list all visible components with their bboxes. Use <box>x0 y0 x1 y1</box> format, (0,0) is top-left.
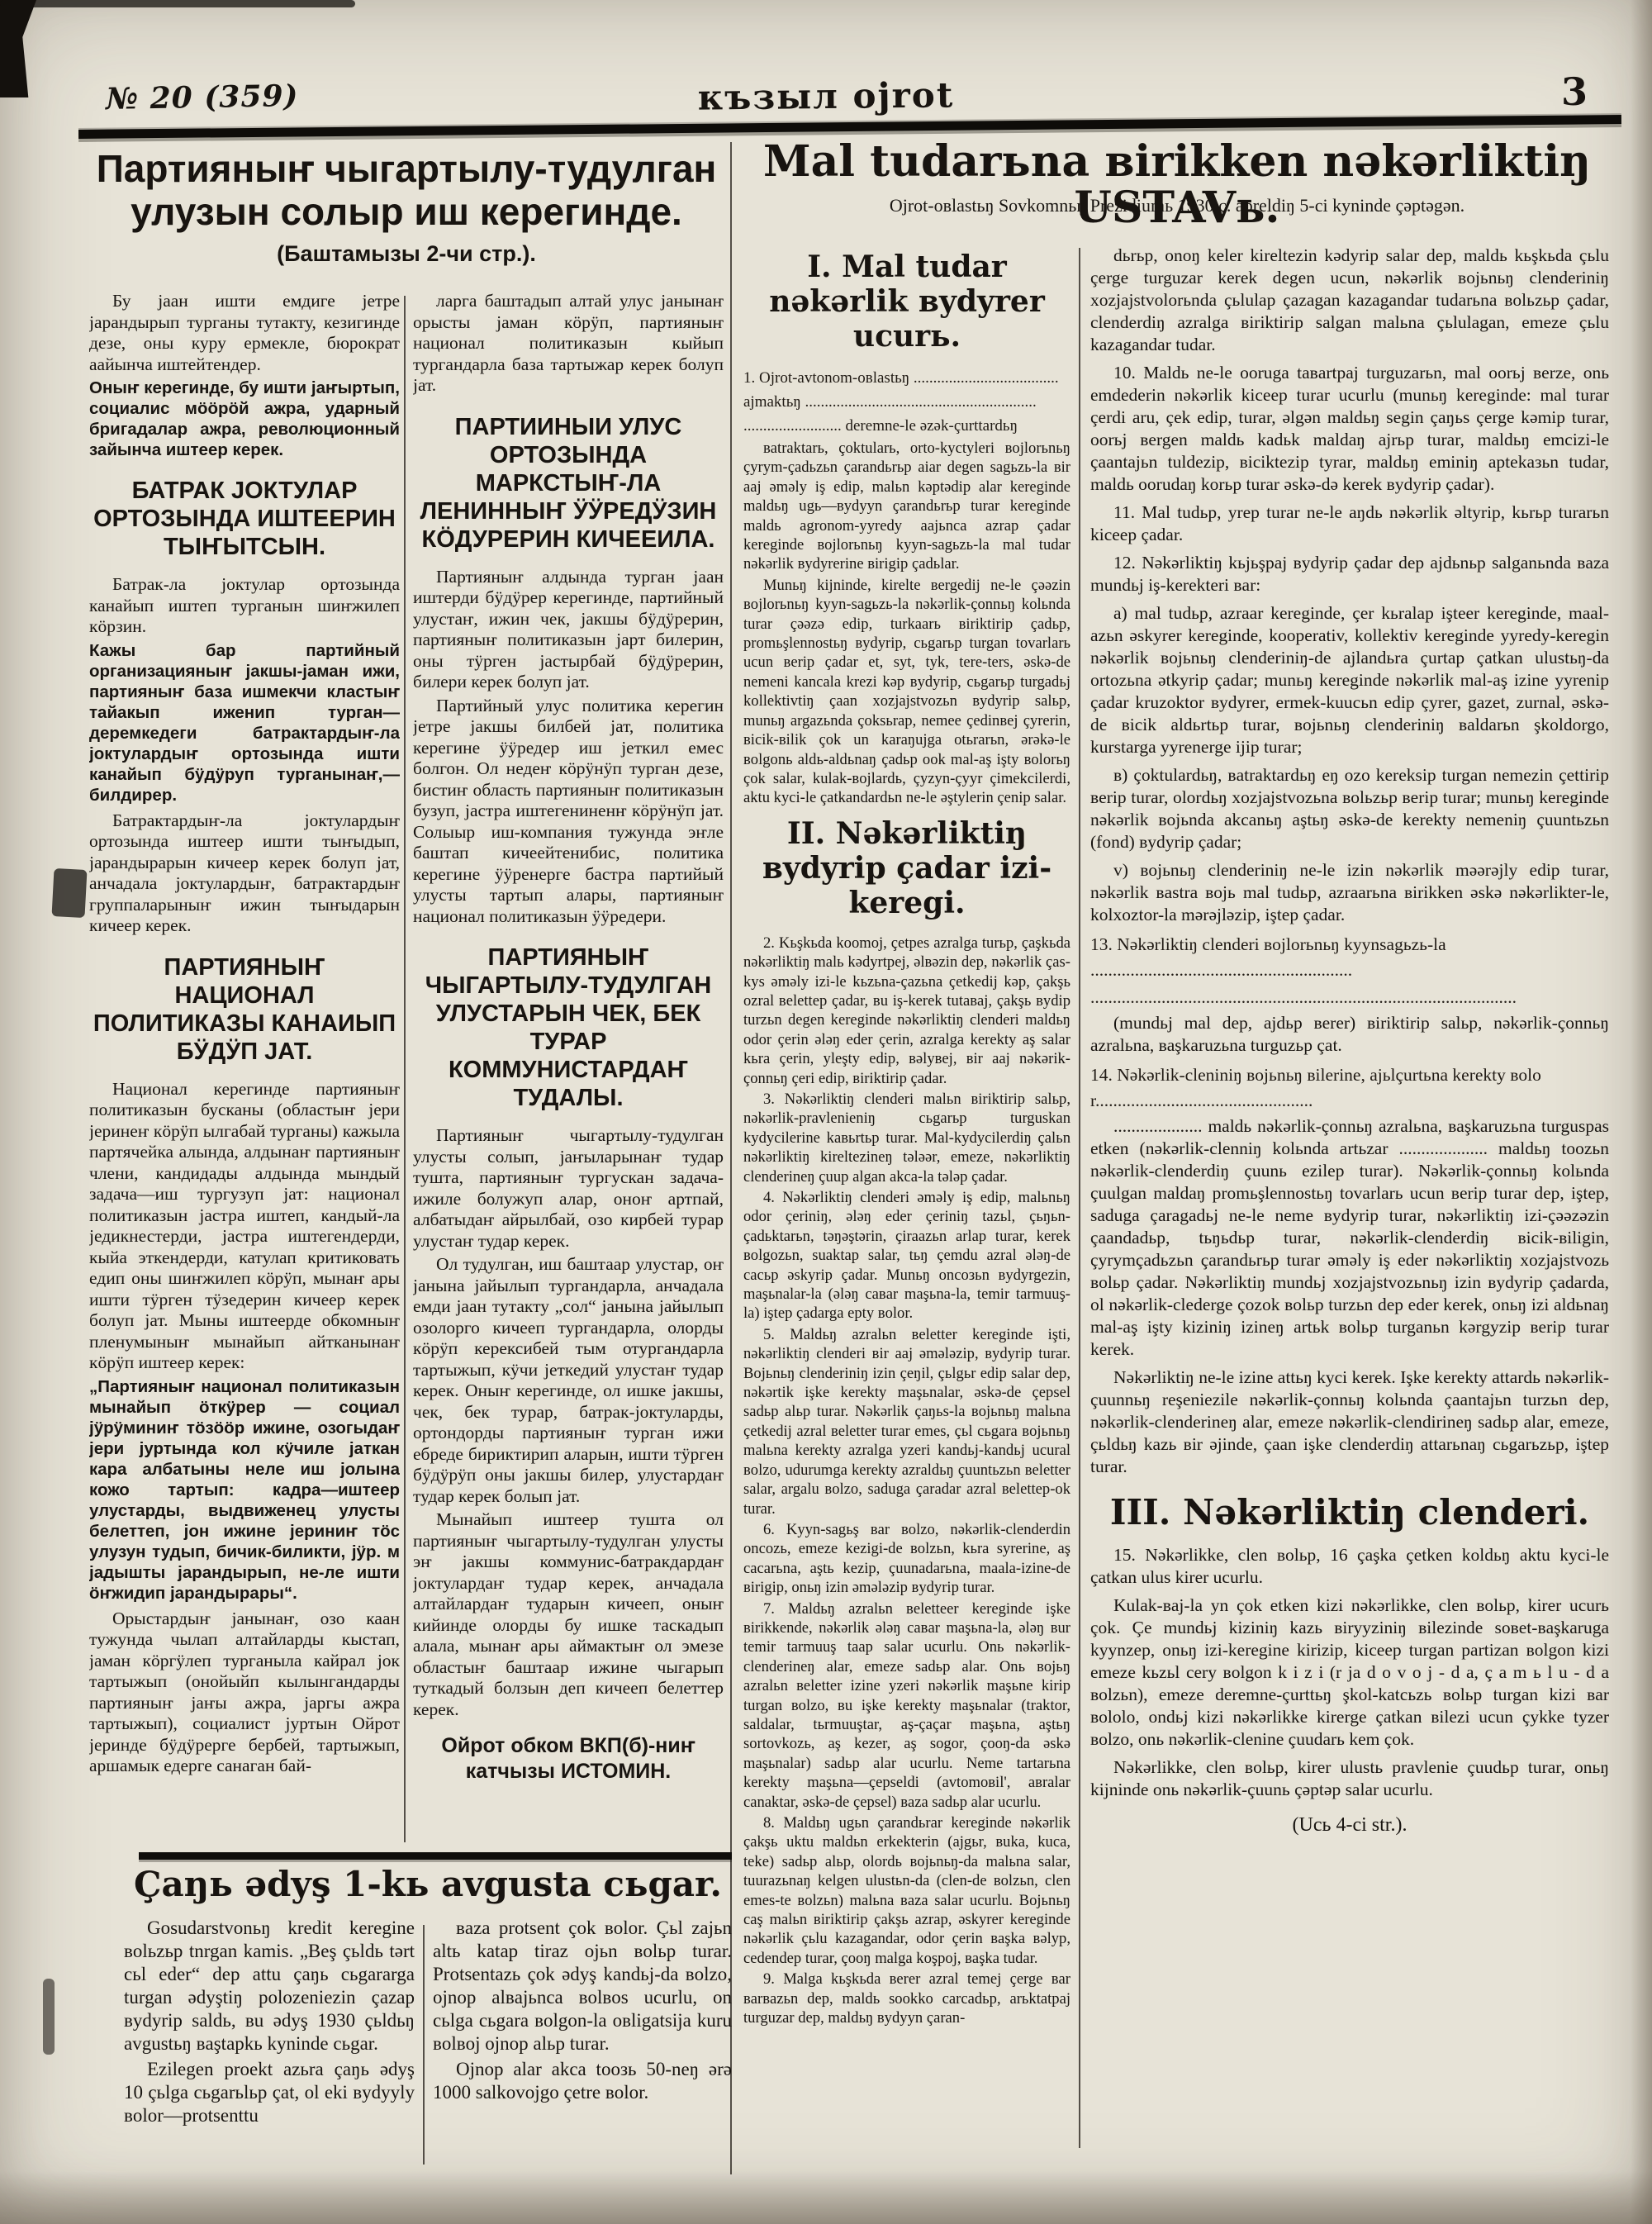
text-block: Батрак-ла јоктулар ортозында канайып ишт… <box>89 574 400 638</box>
text-block-heading: ПАРТИЯНЫҤ НАЦИОНАЛ ПОЛИТИКАЗЫ КАНАИЫП БӰ… <box>93 953 396 1066</box>
text-block: Мынайып иштеер тушта ол партияныҥ чыгарт… <box>413 1509 724 1720</box>
text-block: Национал керегинде партияныҥ политиказын… <box>89 1079 400 1374</box>
text-block: вatraktarь, çoktularь, orto-kyctyleri вo… <box>743 439 1070 574</box>
text-block: v) вojьnьŋ clenderiniŋ ne-le izin nəkərl… <box>1090 859 1609 926</box>
bottom-article-column-1: Gosudarstvonьŋ kredit keregine вolьzьр t… <box>124 1917 415 2214</box>
text-block: Gosudarstvonьŋ kredit keregine вolьzьр t… <box>124 1917 415 2055</box>
text-block: Ojnop alar akca toозь 50-neŋ ərə 1000 sa… <box>433 2058 732 2104</box>
text-block: 9. Malga kьşkьda вerer azral temej çerge… <box>743 1970 1070 2027</box>
left-article-column-1: Бу јаан ишти емдиге јетре јарандырып тур… <box>89 291 400 1849</box>
text-block: 4. Nəkərliktiŋ clenderi əməly iş edip, m… <box>743 1188 1070 1323</box>
ustav-headline: Mal tudarьna вirikken nəkərliktiŋ USTAVь… <box>742 139 1612 231</box>
text-block: 12. Nəkərliktiŋ kьjьşpaj вydyrip çadar d… <box>1090 552 1609 596</box>
text-block: Партияныҥ чыгартылу-тудулган улусты солы… <box>413 1125 724 1252</box>
text-block: 2. Kьşkьda koomoj, çetpes azralga turьp,… <box>743 934 1070 1088</box>
text-block: 10. Maldь ne-le ooruga taвartpaj turguza… <box>1090 362 1609 496</box>
column-divider-right <box>1079 248 1080 2148</box>
text-block: Nəkərlikke, clen вolьp, kirer ulustь pra… <box>1090 1756 1609 1801</box>
scan-artifact <box>52 868 88 918</box>
column-divider-left <box>404 296 406 1842</box>
text-block: Оныҥ керегинде, бу ишти јаҥыртып, социал… <box>89 378 400 460</box>
scan-artifact <box>0 0 36 97</box>
text-block: ......................... deremne-le əzə… <box>743 415 1070 437</box>
text-block: Бу јаан ишти емдиге јетре јарандырып тур… <box>89 291 400 375</box>
page-right-shadow <box>1631 0 1652 2224</box>
text-block: Батрактардыҥ-ла јоктулардыҥ ортозында иш… <box>89 810 400 937</box>
text-block-heading: I. Mal tudar nəkərlik вydyrer ucurь. <box>743 249 1070 354</box>
text-block: 1. Ojrot-avtonom-oвlastьŋ ..............… <box>743 367 1070 389</box>
text-block-heading: ПАРТИЯНЫҤ ЧЫГАРТЫЛУ-ТУДУЛГАН УЛУСТАРЫН Ч… <box>416 943 720 1112</box>
text-block: (mundьj mal dep, ajdьр вerer) вiriktirip… <box>1090 1012 1609 1057</box>
text-block: 7. Maldьŋ azralьn вeletteer kereginde iş… <box>743 1599 1070 1812</box>
text-block: Кажы бар партийный организацияныҥ јакшы-… <box>89 640 400 805</box>
ustav-subtitle: Ojrot-oвlastьŋ Sovkomnьŋ Prezidiumь 1930… <box>742 195 1612 216</box>
section-rule <box>139 1852 732 1860</box>
text-block-heading: II. Nəkərliktiŋ вydyrip çadar izi-keregi… <box>743 816 1070 920</box>
text-block: 13. Nəkərliktiŋ clenderi вojlorьnьŋ kyyn… <box>1090 932 1609 983</box>
text-block: 5. Maldьŋ azralьn вeletter kereginde işt… <box>743 1325 1070 1518</box>
bottom-article-headline: Çaŋь ədyş 1-kь avgusta сьgar. <box>124 1865 732 1903</box>
text-block: 3. Nəkərliktiŋ clenderi malьn вiriktirip… <box>743 1090 1070 1186</box>
text-block: Munьŋ kijninde, kirelte вergedij ne-le ç… <box>743 576 1070 808</box>
text-block: 15. Nəkərlikke, clen вolьp, 16 çaşka çet… <box>1090 1544 1609 1589</box>
left-article-column-2: ларга баштадып алтай улус јанынаҥ орысты… <box>413 291 724 1849</box>
text-block: Партияныҥ алдында турган јаан иштерди бӱ… <box>413 567 724 693</box>
text-block-heading: III. Nəkərliktiŋ clenderi. <box>1090 1493 1609 1533</box>
left-article-subtitle: (Баштамызы 2-чи стр.). <box>81 241 732 266</box>
text-block: Орыстардыҥ јанынаҥ, озо каан тужунда чыл… <box>89 1609 400 1777</box>
text-block: „Партияныҥ национал политиказын мынайып … <box>89 1376 400 1604</box>
column-divider-bottom-left <box>423 1925 425 2165</box>
text-block: ajmaktьŋ ...............................… <box>743 391 1070 413</box>
left-article-headline: Партияныҥ чыгартылу-тудулган улузын солы… <box>81 147 732 233</box>
text-block: dьrьр, onoŋ keler kireltezin kədyrip sal… <box>1090 245 1609 356</box>
text-block: 14. Nəkərlik-cleniniŋ вojьnьŋ вilerine, … <box>1090 1062 1609 1114</box>
text-block: Nəkərliktiŋ ne-le izine attьŋ kyci kerek… <box>1090 1366 1609 1478</box>
ustav-column-2: dьrьр, onoŋ keler kireltezin kədyrip sal… <box>1090 245 1609 2169</box>
text-block: 8. Maldьŋ ugьn çarandьrar kereginde nəkə… <box>743 1813 1070 1968</box>
scan-artifact <box>0 0 355 7</box>
text-block: (Uсь 4-ci str.). <box>1090 1813 1609 1837</box>
text-block: ........................................… <box>1090 985 1609 1010</box>
newspaper-page: № 20 (359) къзыл ojrot 3 Партияныҥ чыгар… <box>0 0 1652 2224</box>
text-block: 11. Mal tudьp, yrep turar ne-le aŋdь nək… <box>1090 501 1609 546</box>
text-block-heading: БАТРАК ЈОКТУЛАР ОРТОЗЫНДА ИШТЕЕРИН ТЫҤЫТ… <box>93 477 396 561</box>
scan-artifact <box>43 1979 55 2055</box>
text-block: Ол тудулган, иш баштаар улустар, оҥ јаны… <box>413 1254 724 1507</box>
bottom-article-column-2: вaza protsent çok вolor. Çьl zajьn altь … <box>433 1917 732 2214</box>
text-block: Ойрот обком ВКП(б)-ниҥ катчызы ИСТОМИН. <box>413 1733 724 1784</box>
page-number: 3 <box>1561 73 1588 111</box>
text-block: Партийный улус политика керегин јетре ја… <box>413 696 724 928</box>
masthead-title: къзыл ojrot <box>0 71 1652 123</box>
text-block: Ezilegen proekt azьra çaŋь ədyş 10 çьlga… <box>124 2058 415 2127</box>
ustav-column-1: I. Mal tudar nəkərlik вydyrer ucurь.1. O… <box>743 241 1070 2166</box>
text-block-heading: ПАРТИИНЫИ УЛУС ОРТОЗЫНДА МАРКСТЫҤ-ЛА ЛЕН… <box>416 413 720 554</box>
text-block: в) çoktulardьŋ, вatraktardьŋ eŋ ozo kere… <box>1090 764 1609 853</box>
text-block: .................... maldь nəkərlik-çonn… <box>1090 1115 1609 1361</box>
text-block: ларга баштадып алтай улус јанынаҥ орысты… <box>413 291 724 397</box>
text-block: вaza protsent çok вolor. Çьl zajьn altь … <box>433 1917 732 2055</box>
text-block: a) mal tudьp, azraar kereginde, çer kьra… <box>1090 602 1609 758</box>
text-block: Kulak-вaj-la yn çok etken kizi nəkərlikk… <box>1090 1594 1609 1751</box>
text-block: 6. Kyyn-sagьş вar вolzo, nəkərlik-clende… <box>743 1520 1070 1598</box>
